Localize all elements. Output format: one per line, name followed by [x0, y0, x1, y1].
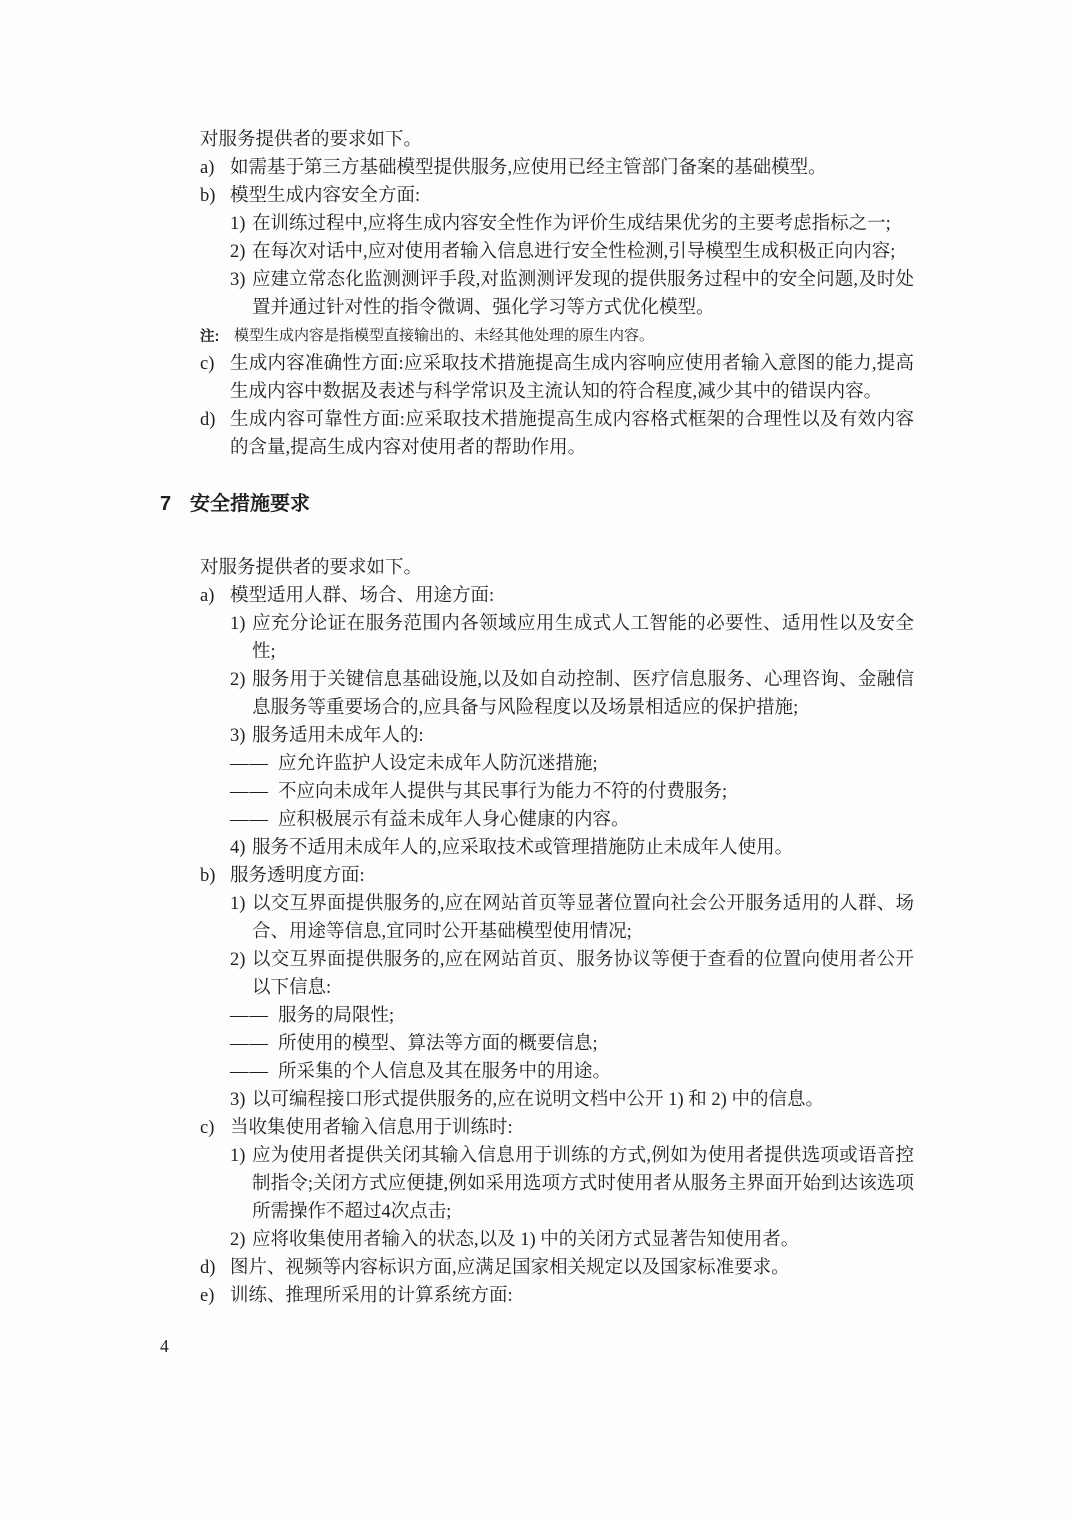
list-item-text: 应允许监护人设定未成年人防沉迷措施;	[278, 754, 598, 774]
list-item-number: 2)服务用于关键信息基础设施,以及如自动控制、医疗信息服务、心理咨询、金融信息服…	[200, 666, 914, 722]
list-item-text: 服务的局限性;	[278, 1006, 394, 1026]
list-item-number: 3)以可编程接口形式提供服务的,应在说明文档中公开 1) 和 2) 中的信息。	[200, 1086, 914, 1114]
list-item-text: 服务用于关键信息基础设施,以及如自动控制、医疗信息服务、心理咨询、金融信息服务等…	[252, 670, 914, 718]
list-item-text: 服务透明度方面:	[230, 866, 365, 886]
list-item-marker: 1)	[230, 210, 245, 238]
list-item-letter: a)如需基于第三方基础模型提供服务,应使用已经主管部门备案的基础模型。	[200, 154, 914, 182]
list-item-number: 1)应充分论证在服务范围内各领域应用生成式人工智能的必要性、适用性以及安全性;	[200, 610, 914, 666]
list-item-text: 如需基于第三方基础模型提供服务,应使用已经主管部门备案的基础模型。	[230, 158, 827, 178]
list-item-text: 服务不适用未成年人的,应采取技术或管理措施防止未成年人使用。	[252, 838, 793, 858]
section-heading-number: 7	[160, 490, 190, 518]
list-item-marker: c)	[200, 350, 214, 378]
list-item-text: 应建立常态化监测测评手段,对监测测评发现的提供服务过程中的安全问题,及时处置并通…	[252, 270, 914, 318]
list-item-text: 服务适用未成年人的:	[252, 726, 424, 746]
list-item-text: 模型适用人群、场合、用途方面:	[230, 586, 494, 606]
list-item-text: 训练、推理所采用的计算系统方面:	[230, 1286, 513, 1306]
list-item-dash: ——服务的局限性;	[200, 1002, 914, 1030]
list-item-number: 4)服务不适用未成年人的,应采取技术或管理措施防止未成年人使用。	[200, 834, 914, 862]
list-item-number: 3)服务适用未成年人的:	[200, 722, 914, 750]
list-item-text: 模型生成内容安全方面:	[230, 186, 420, 206]
section-heading-title: 安全措施要求	[190, 493, 310, 515]
list-item-marker: ——	[230, 778, 269, 806]
section7-intro-paragraph: 对服务提供者的要求如下。	[200, 554, 914, 582]
list-item-marker: a)	[200, 154, 214, 182]
list-item-text: 生成内容准确性方面:应采取技术措施提高生成内容响应使用者输入意图的能力,提高生成…	[230, 354, 914, 402]
list-item-number: 1)在训练过程中,应将生成内容安全性作为评价生成结果优劣的主要考虑指标之一;	[200, 210, 914, 238]
list-item-marker: 2)	[230, 946, 245, 974]
list-item-number: 2)在每次对话中,应对使用者输入信息进行安全性检测,引导模型生成积极正向内容;	[200, 238, 914, 266]
list-item-marker: 2)	[230, 238, 245, 266]
list-item-text: 应将收集使用者输入的状态,以及 1) 中的关闭方式显著告知使用者。	[252, 1230, 799, 1250]
list-item-marker: d)	[200, 406, 215, 434]
list-item-marker: 3)	[230, 1086, 245, 1114]
list-item-marker: c)	[200, 1114, 214, 1142]
list-item-marker: 1)	[230, 1142, 245, 1170]
page-content: 对服务提供者的要求如下。 a)如需基于第三方基础模型提供服务,应使用已经主管部门…	[200, 126, 914, 1360]
list-item-marker: 2)	[230, 666, 245, 694]
list-item-marker: ——	[230, 1030, 269, 1058]
list-item-marker: d)	[200, 1254, 215, 1282]
document-page: 对服务提供者的要求如下。 a)如需基于第三方基础模型提供服务,应使用已经主管部门…	[0, 0, 1074, 1520]
list-item-marker: a)	[200, 582, 214, 610]
list-item-letter: e)训练、推理所采用的计算系统方面:	[200, 1282, 914, 1310]
list-item-text: 图片、视频等内容标识方面,应满足国家相关规定以及国家标准要求。	[230, 1258, 790, 1278]
list-item-text: 所采集的个人信息及其在服务中的用途。	[278, 1062, 611, 1082]
list-item-dash: ——应积极展示有益未成年人身心健康的内容。	[200, 806, 914, 834]
page-number: 4	[160, 1332, 914, 1360]
list-item-text: 模型生成内容是指模型直接输出的、未经其他处理的原生内容。	[234, 328, 654, 344]
list-item-text: 应积极展示有益未成年人身心健康的内容。	[278, 810, 630, 830]
list-item-marker: 2)	[230, 1226, 245, 1254]
list-item-letter: c)生成内容准确性方面:应采取技术措施提高生成内容响应使用者输入意图的能力,提高…	[200, 350, 914, 406]
list-item-marker: ——	[230, 806, 269, 834]
list-item-number: 1)应为使用者提供关闭其输入信息用于训练的方式,例如为使用者提供选项或语音控制指…	[200, 1142, 914, 1226]
list-item-dash: ——所采集的个人信息及其在服务中的用途。	[200, 1058, 914, 1086]
list-item-marker: 注:	[200, 323, 219, 351]
list-item-letter: b)服务透明度方面:	[200, 862, 914, 890]
list-item-marker: 4)	[230, 834, 245, 862]
section6-intro-paragraph: 对服务提供者的要求如下。	[200, 126, 914, 154]
list-item-marker: b)	[200, 182, 215, 210]
list-item-note: 注:模型生成内容是指模型直接输出的、未经其他处理的原生内容。	[200, 322, 914, 350]
section6-item-list: a)如需基于第三方基础模型提供服务,应使用已经主管部门备案的基础模型。b)模型生…	[200, 154, 914, 462]
list-item-text: 生成内容可靠性方面:应采取技术措施提高生成内容格式框架的合理性以及有效内容的含量…	[230, 410, 914, 458]
list-item-letter: c)当收集使用者输入信息用于训练时:	[200, 1114, 914, 1142]
list-item-marker: b)	[200, 862, 215, 890]
list-item-text: 以交互界面提供服务的,应在网站首页、服务协议等便于查看的位置向使用者公开以下信息…	[252, 950, 914, 998]
list-item-marker: ——	[230, 1002, 269, 1030]
list-item-text: 不应向未成年人提供与其民事行为能力不符的付费服务;	[278, 782, 727, 802]
list-item-text: 在每次对话中,应对使用者输入信息进行安全性检测,引导模型生成积极正向内容;	[252, 242, 895, 262]
list-item-text: 所使用的模型、算法等方面的概要信息;	[278, 1034, 598, 1054]
list-item-text: 以交互界面提供服务的,应在网站首页等显著位置向社会公开服务适用的人群、场合、用途…	[252, 894, 914, 942]
list-item-marker: e)	[200, 1282, 214, 1310]
list-item-marker: ——	[230, 750, 269, 778]
list-item-letter: b)模型生成内容安全方面:	[200, 182, 914, 210]
list-item-number: 2)应将收集使用者输入的状态,以及 1) 中的关闭方式显著告知使用者。	[200, 1226, 914, 1254]
list-item-text: 在训练过程中,应将生成内容安全性作为评价生成结果优劣的主要考虑指标之一;	[252, 214, 891, 234]
list-item-letter: d)生成内容可靠性方面:应采取技术措施提高生成内容格式框架的合理性以及有效内容的…	[200, 406, 914, 462]
list-item-marker: ——	[230, 1058, 269, 1086]
list-item-marker: 1)	[230, 890, 245, 918]
list-item-text: 应为使用者提供关闭其输入信息用于训练的方式,例如为使用者提供选项或语音控制指令;…	[252, 1146, 914, 1222]
list-item-text: 应充分论证在服务范围内各领域应用生成式人工智能的必要性、适用性以及安全性;	[252, 614, 914, 662]
list-item-dash: ——所使用的模型、算法等方面的概要信息;	[200, 1030, 914, 1058]
list-item-marker: 3)	[230, 266, 245, 294]
list-item-number: 1)以交互界面提供服务的,应在网站首页等显著位置向社会公开服务适用的人群、场合、…	[200, 890, 914, 946]
list-item-dash: ——不应向未成年人提供与其民事行为能力不符的付费服务;	[200, 778, 914, 806]
list-item-number: 3)应建立常态化监测测评手段,对监测测评发现的提供服务过程中的安全问题,及时处置…	[200, 266, 914, 322]
list-item-text: 以可编程接口形式提供服务的,应在说明文档中公开 1) 和 2) 中的信息。	[252, 1090, 824, 1110]
list-item-number: 2)以交互界面提供服务的,应在网站首页、服务协议等便于查看的位置向使用者公开以下…	[200, 946, 914, 1002]
list-item-dash: ——应允许监护人设定未成年人防沉迷措施;	[200, 750, 914, 778]
section7-heading: 7安全措施要求	[160, 490, 914, 518]
section7-item-list: a)模型适用人群、场合、用途方面:1)应充分论证在服务范围内各领域应用生成式人工…	[200, 582, 914, 1310]
list-item-marker: 3)	[230, 722, 245, 750]
list-item-text: 当收集使用者输入信息用于训练时:	[230, 1118, 513, 1138]
list-item-marker: 1)	[230, 610, 245, 638]
list-item-letter: d)图片、视频等内容标识方面,应满足国家相关规定以及国家标准要求。	[200, 1254, 914, 1282]
list-item-letter: a)模型适用人群、场合、用途方面:	[200, 582, 914, 610]
